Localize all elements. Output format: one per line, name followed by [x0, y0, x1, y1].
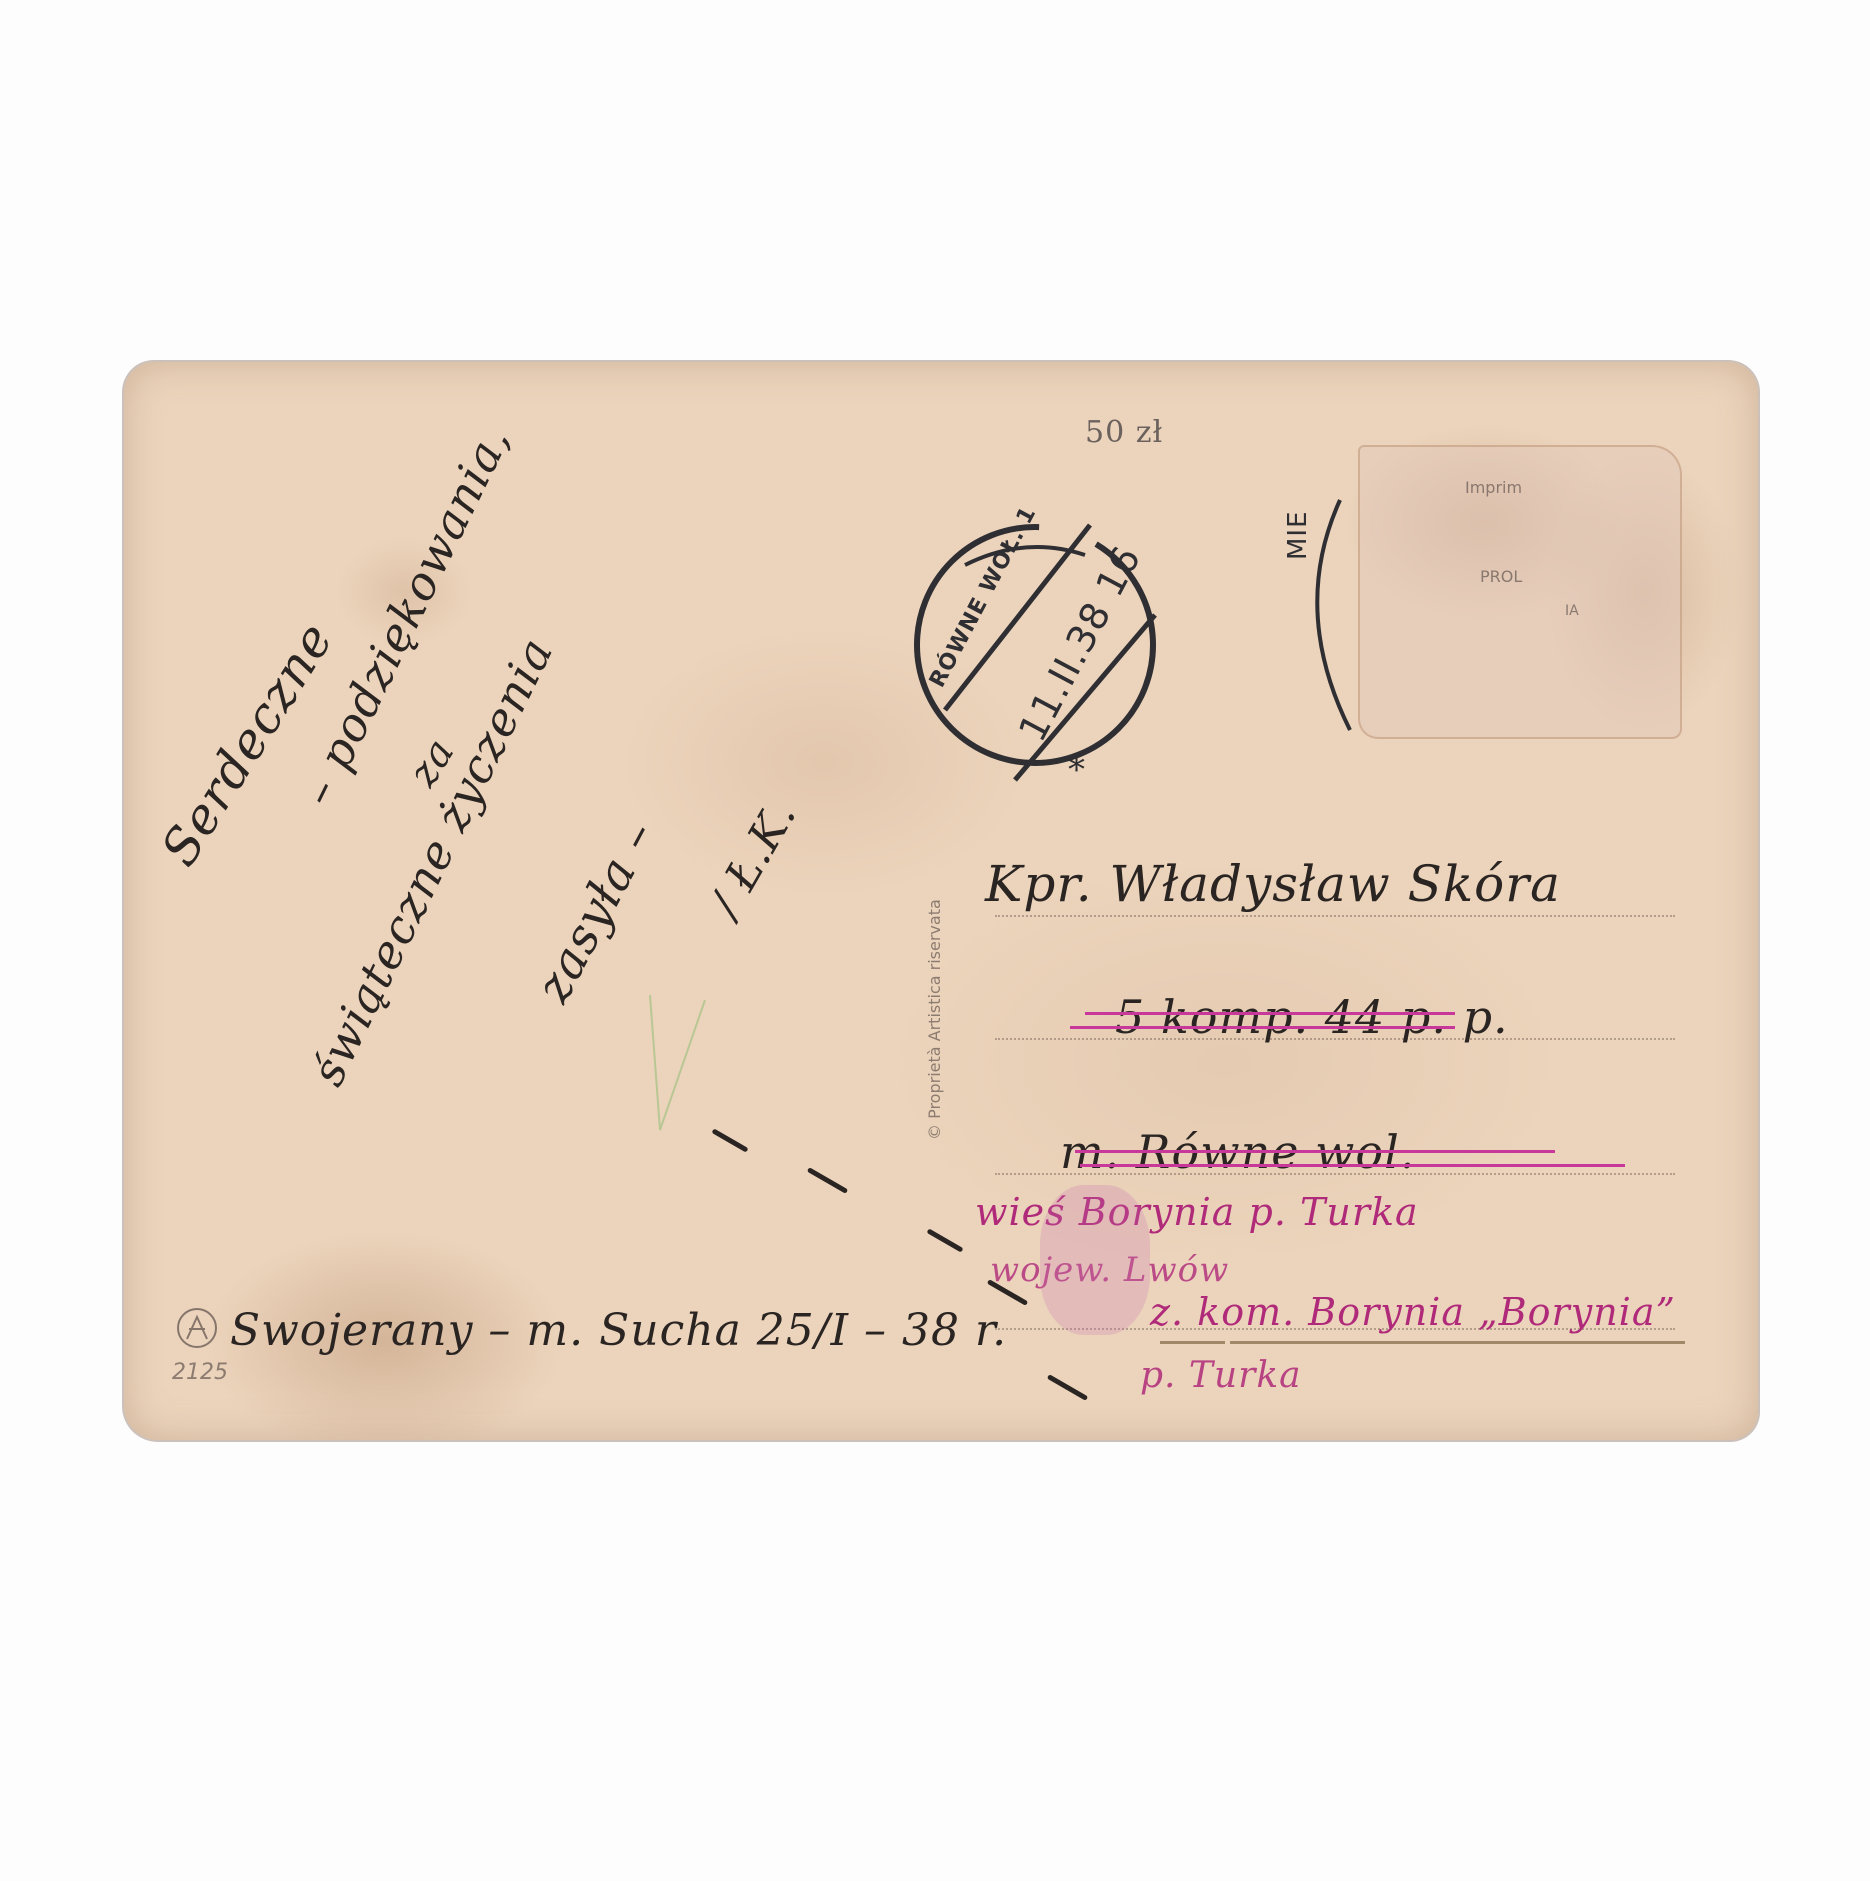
pink-ink-smudge	[1040, 1185, 1150, 1335]
redirect-line-4: p. Turka	[1140, 1355, 1302, 1396]
strikethrough	[1085, 1012, 1455, 1015]
copyright-notice: © Proprietà Artistica riservata	[925, 899, 944, 1140]
redirect-line-3: z. kom. Borynia „Borynia”	[1150, 1290, 1676, 1334]
postmark-star: *	[1068, 750, 1086, 790]
green-pencil-mark	[640, 990, 720, 1140]
sender-footer: Swojerany – m. Sucha 25/I – 38 r.	[230, 1305, 1007, 1356]
recipient-name: Kpr. Władysław Skóra	[985, 855, 1561, 913]
address-line-unit: 5 komp. 44 p. p.	[1115, 990, 1509, 1044]
publisher-logo	[175, 1305, 219, 1351]
stamp-area-text-1: Imprim	[1465, 478, 1522, 497]
address-rule-1	[995, 915, 1675, 917]
partial-postmark-text: MIE	[1283, 510, 1313, 560]
strikethrough	[1075, 1150, 1555, 1153]
underline	[1230, 1341, 1685, 1344]
stamp-area-text-2: PROL	[1480, 567, 1522, 586]
strikethrough	[1080, 1164, 1625, 1167]
strikethrough	[1070, 1026, 1455, 1029]
underline	[1160, 1341, 1225, 1344]
pencil-price-note: 50 zł	[1085, 415, 1163, 450]
stamp-area-text-3: IA	[1565, 603, 1579, 619]
publisher-number: 2125	[172, 1360, 228, 1385]
